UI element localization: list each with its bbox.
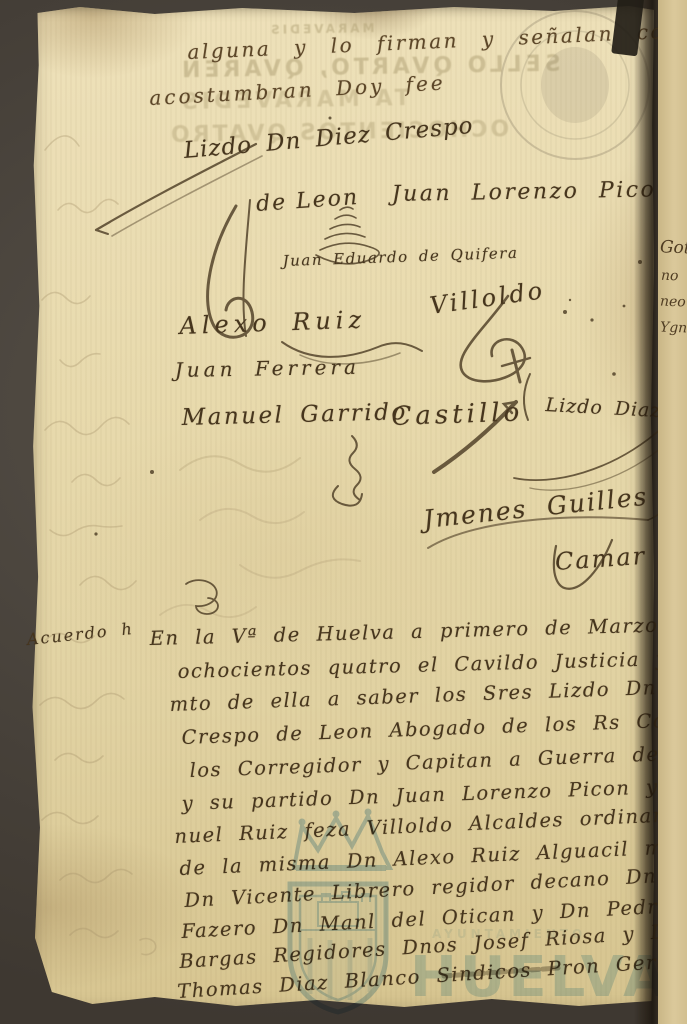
adjacent-text-fragment: neo [660,294,686,311]
adjacent-text-fragment: Ygn [660,320,687,337]
ghost-writing [40,136,360,955]
adjacent-text-fragment: no [661,268,679,285]
manuscript-photo: MARAVEDIS SELLO QVARTO, QVAREN TA MARAVE… [0,0,687,1024]
shield-icon [290,884,386,1012]
watermark-title: HUELVA [410,945,669,1010]
archive-watermark: AYUNTAMIENTO HUELVA [290,809,669,1013]
watermark-subtitle: AYUNTAMIENTO [432,927,586,941]
adjacent-text-fragment: Goth [660,237,687,258]
crown-icon [294,809,390,869]
adjacent-page: Goth no neo Ygn [658,0,687,1024]
ink-flourishes: AYUNTAMIENTO HUELVA [0,0,687,1024]
